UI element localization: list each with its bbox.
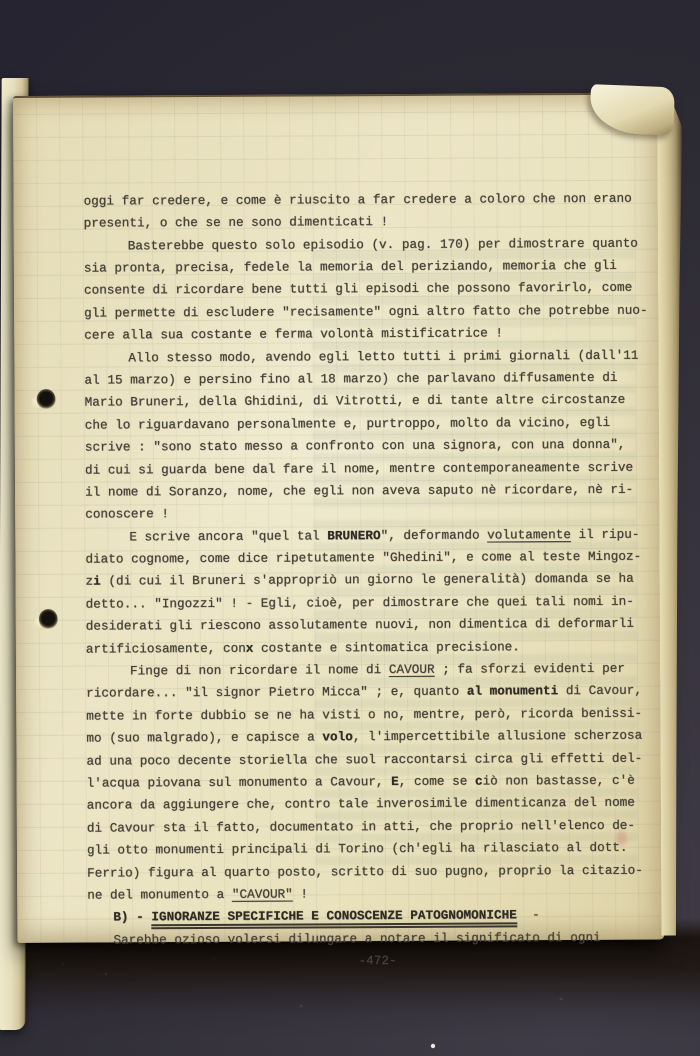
text-line: il nome di Soranzo, nome, che egli non a… (85, 478, 665, 503)
text-segment: di Cavour sta il fatto, documentato in a… (87, 818, 635, 836)
text-line: detto... "Ingozzi" ! - Egli, cioè, per d… (86, 590, 666, 615)
text-segment: B) - (113, 910, 151, 925)
text-line: ricordare... "il signor Pietro Micca" ; … (86, 680, 666, 705)
text-segment: ricordare... "il signor Pietro Micca" ; … (86, 684, 467, 701)
text-segment: E scrive ancora "quel tal (129, 528, 327, 544)
text-line: Sarebbe ozioso volersi dilungare a notar… (87, 926, 667, 951)
text-segment: ; fa sforzi evidenti per (435, 661, 625, 677)
text-line: cere alla sua costante e ferma volontà m… (84, 322, 664, 347)
document-page: oggi far credere, e come è riuscito a fa… (13, 93, 664, 943)
text-line: diato cognome, come dice ripetutamente "… (85, 546, 665, 571)
text-line: E scrive ancora "quel tal BRUNERO", defo… (85, 523, 665, 548)
text-segment: ancora da aggiungere che, contro tale in… (87, 795, 635, 813)
text-segment: , l'impercettibile allusione scherzosa (353, 728, 642, 745)
text-segment: cere alla sua costante e ferma volontà m… (84, 326, 503, 343)
text-line: gli otto monumenti principali di Torino … (87, 837, 667, 862)
text-segment: desiderati gli riescono assolutamente nu… (86, 616, 634, 634)
text-line: artificiosamente, conx costante e sintom… (86, 635, 666, 660)
text-line: l'acqua piovana sul monumento a Cavour, … (87, 770, 667, 795)
text-segment: Sarebbe ozioso volersi dilungare a notar… (113, 930, 600, 948)
text-line: sia pronta, precisa, fedele la memoria d… (84, 255, 664, 280)
text-segment: al monumenti (467, 684, 558, 699)
text-segment: ad una poco decente storiella che suol r… (86, 750, 642, 768)
text-line: conoscere ! (85, 501, 665, 526)
text-segment: (di cui il Bruneri s'appropriò un giorno… (101, 571, 634, 589)
text-line: ad una poco decente storiella che suol r… (86, 747, 666, 772)
text-segment: - (517, 908, 540, 923)
text-segment: diato cognome, come dice ripetutamente "… (85, 549, 641, 567)
text-line: scrive : "sono stato messo a confronto c… (85, 434, 665, 459)
text-segment: scrive : "sono stato messo a confronto c… (85, 437, 626, 455)
text-segment: l'acqua piovana sul monumento a Cavour, (87, 774, 392, 791)
text-segment: consente di ricordare bene tutti gli epi… (84, 280, 632, 298)
text-line: che lo riguardavano personalmente e, pur… (85, 411, 665, 436)
page-corner-curl (589, 84, 675, 135)
dust-specks (0, 0, 2, 2)
text-segment: al 15 marzo) e persino fino al 18 marzo)… (84, 370, 617, 388)
text-line: oggi far credere, e come è riuscito a fa… (83, 187, 663, 212)
photo-background: oggi far credere, e come è riuscito a fa… (0, 0, 700, 1056)
text-segment: iò non bastasse, c'è (483, 773, 635, 789)
text-segment: "CAVOUR" (232, 886, 293, 901)
text-segment: ne del monumento a (87, 887, 232, 903)
text-line: presenti, o che se ne sono dimenticati ! (84, 210, 664, 235)
punch-hole-bottom (39, 609, 58, 630)
text-segment: gli otto monumenti principali di Torino … (87, 840, 628, 858)
text-line: Ferrio) figura al quarto posto, scritto … (87, 859, 667, 884)
text-line: zi (di cui il Bruneri s'appropriò un gio… (85, 568, 665, 593)
text-line: Mario Bruneri, della Ghidini, di Vitrott… (85, 389, 665, 414)
text-segment: conoscere ! (85, 506, 169, 521)
text-segment: z (86, 574, 94, 589)
text-line: al 15 marzo) e persino fino al 18 marzo)… (84, 367, 664, 392)
text-segment: BRUNERO (327, 528, 380, 543)
text-segment: volutamente (487, 527, 571, 542)
text-segment: il nome di Soranzo, nome, che egli non a… (85, 482, 633, 500)
text-segment: sia pronta, precisa, fedele la memoria d… (84, 258, 617, 276)
text-line: di Cavour sta il fatto, documentato in a… (87, 814, 667, 839)
text-segment: mette in forte dubbio se ne ha visti o n… (86, 706, 642, 724)
text-line: mo (suo malgrado), e capisce a volo, l'i… (86, 725, 666, 750)
text-segment: di cui si guarda bene dal fare il nome, … (85, 459, 633, 477)
text-segment: che lo riguardavano personalmente e, pur… (85, 415, 610, 433)
punch-hole-top (37, 389, 56, 410)
text-segment: CAVOUR (389, 662, 435, 677)
text-line: gli permette di escludere "recisamente" … (84, 299, 664, 324)
text-segment: ! (293, 886, 308, 901)
text-segment: Finge di non ricordare il nome di (130, 662, 389, 678)
text-segment: c (475, 774, 483, 789)
page-number: -472- (87, 949, 667, 974)
text-line: ne del monumento a "CAVOUR" ! (87, 882, 667, 907)
section-heading: B) - IGNORANZE SPECIFICHE E CONOSCENZE P… (87, 904, 667, 929)
text-segment: presenti, o che se ne sono dimenticati ! (84, 214, 389, 231)
text-segment: oggi far credere, e come è riuscito a fa… (84, 191, 632, 209)
text-line: consente di ricordare bene tutti gli epi… (84, 277, 664, 302)
text-segment: IGNORANZE SPECIFICHE E CONOSCENZE PATOGN… (151, 908, 517, 930)
text-segment: Basterebbe questo solo episodio (v. pag.… (128, 235, 638, 253)
text-line: Allo stesso modo, avendo egli letto tutt… (84, 344, 664, 369)
text-segment: gli permette di escludere "recisamente" … (84, 302, 647, 320)
text-segment: x (246, 640, 254, 655)
text-line: di cui si guarda bene dal fare il nome, … (85, 456, 665, 481)
text-segment: artificiosamente, con (86, 640, 246, 656)
text-segment: il ripu- (571, 526, 640, 541)
text-segment: detto... "Ingozzi" ! - Egli, cioè, per d… (86, 594, 634, 612)
text-line: mette in forte dubbio se ne ha visti o n… (86, 702, 666, 727)
text-segment: costante e sintomatica precisione. (253, 639, 520, 655)
text-segment: ", deformando (381, 527, 488, 543)
text-segment: Allo stesso modo, avendo egli letto tutt… (128, 347, 638, 365)
text-segment: di Cavour, (558, 683, 642, 698)
text-segment: Mario Bruneri, della Ghidini, di Vitrott… (85, 392, 626, 410)
typewritten-text: oggi far credere, e come è riuscito a fa… (83, 143, 668, 1019)
text-segment: volo (322, 729, 353, 744)
text-segment: , come se (399, 774, 475, 789)
text-segment: mo (suo malgrado), e capisce a (86, 730, 322, 746)
text-line: ancora da aggiungere che, contro tale in… (87, 792, 667, 817)
text-line: desiderati gli riescono assolutamente nu… (86, 613, 666, 638)
text-segment: Ferrio) figura al quarto posto, scritto … (87, 862, 643, 880)
text-line: Basterebbe questo solo episodio (v. pag.… (84, 232, 664, 257)
text-line: Finge di non ricordare il nome di CAVOUR… (86, 658, 666, 683)
